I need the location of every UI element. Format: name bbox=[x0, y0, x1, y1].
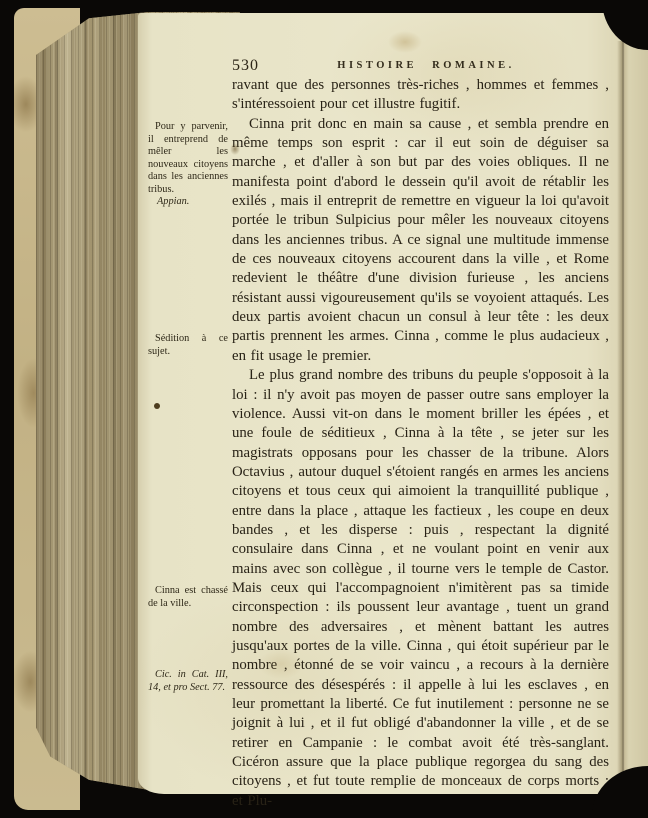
page-header: 530 HISTOIRE ROMAINE. bbox=[232, 57, 608, 77]
margin-note-cinna-chased: Cinna est chassé de la ville. bbox=[148, 585, 228, 610]
book-page: 530 HISTOIRE ROMAINE. Pour y parvenir, i… bbox=[138, 13, 648, 794]
margin-note-new-citizens: Pour y parvenir, il entreprend de mêler … bbox=[148, 121, 228, 209]
margin-note-cicero-reference: Cic. in Cat. III, 14, et pro Sect. 77. bbox=[148, 669, 228, 694]
margin-note-text: Sédition à ce sujet. bbox=[148, 333, 228, 357]
margin-note-sedition: Sédition à ce sujet. bbox=[148, 333, 228, 358]
page-stain bbox=[154, 403, 160, 409]
gutter-crease bbox=[617, 41, 629, 789]
paragraph-continuation: ravant que des personnes très-riches , h… bbox=[232, 76, 609, 115]
running-title: HISTOIRE ROMAINE. bbox=[232, 60, 620, 71]
paragraph-cinna-cause: Cinna prit donc en main sa cause , et se… bbox=[232, 115, 609, 366]
margin-note-text: Cinna est chassé de la ville. bbox=[148, 585, 228, 609]
book-photo: 530 HISTOIRE ROMAINE. Pour y parvenir, i… bbox=[0, 0, 648, 818]
paragraph-sedition-battle: Le plus grand nombre des tribuns du peup… bbox=[232, 366, 609, 811]
page-stain bbox=[388, 31, 422, 53]
margin-note-citation: Cic. in Cat. III, 14, et pro Sect. 77. bbox=[148, 669, 228, 693]
body-text-column: ravant que des personnes très-riches , h… bbox=[232, 76, 609, 811]
margin-note-text: Pour y parvenir, il entreprend de mêler … bbox=[148, 121, 228, 195]
margin-note-citation: Appian. bbox=[148, 196, 228, 209]
